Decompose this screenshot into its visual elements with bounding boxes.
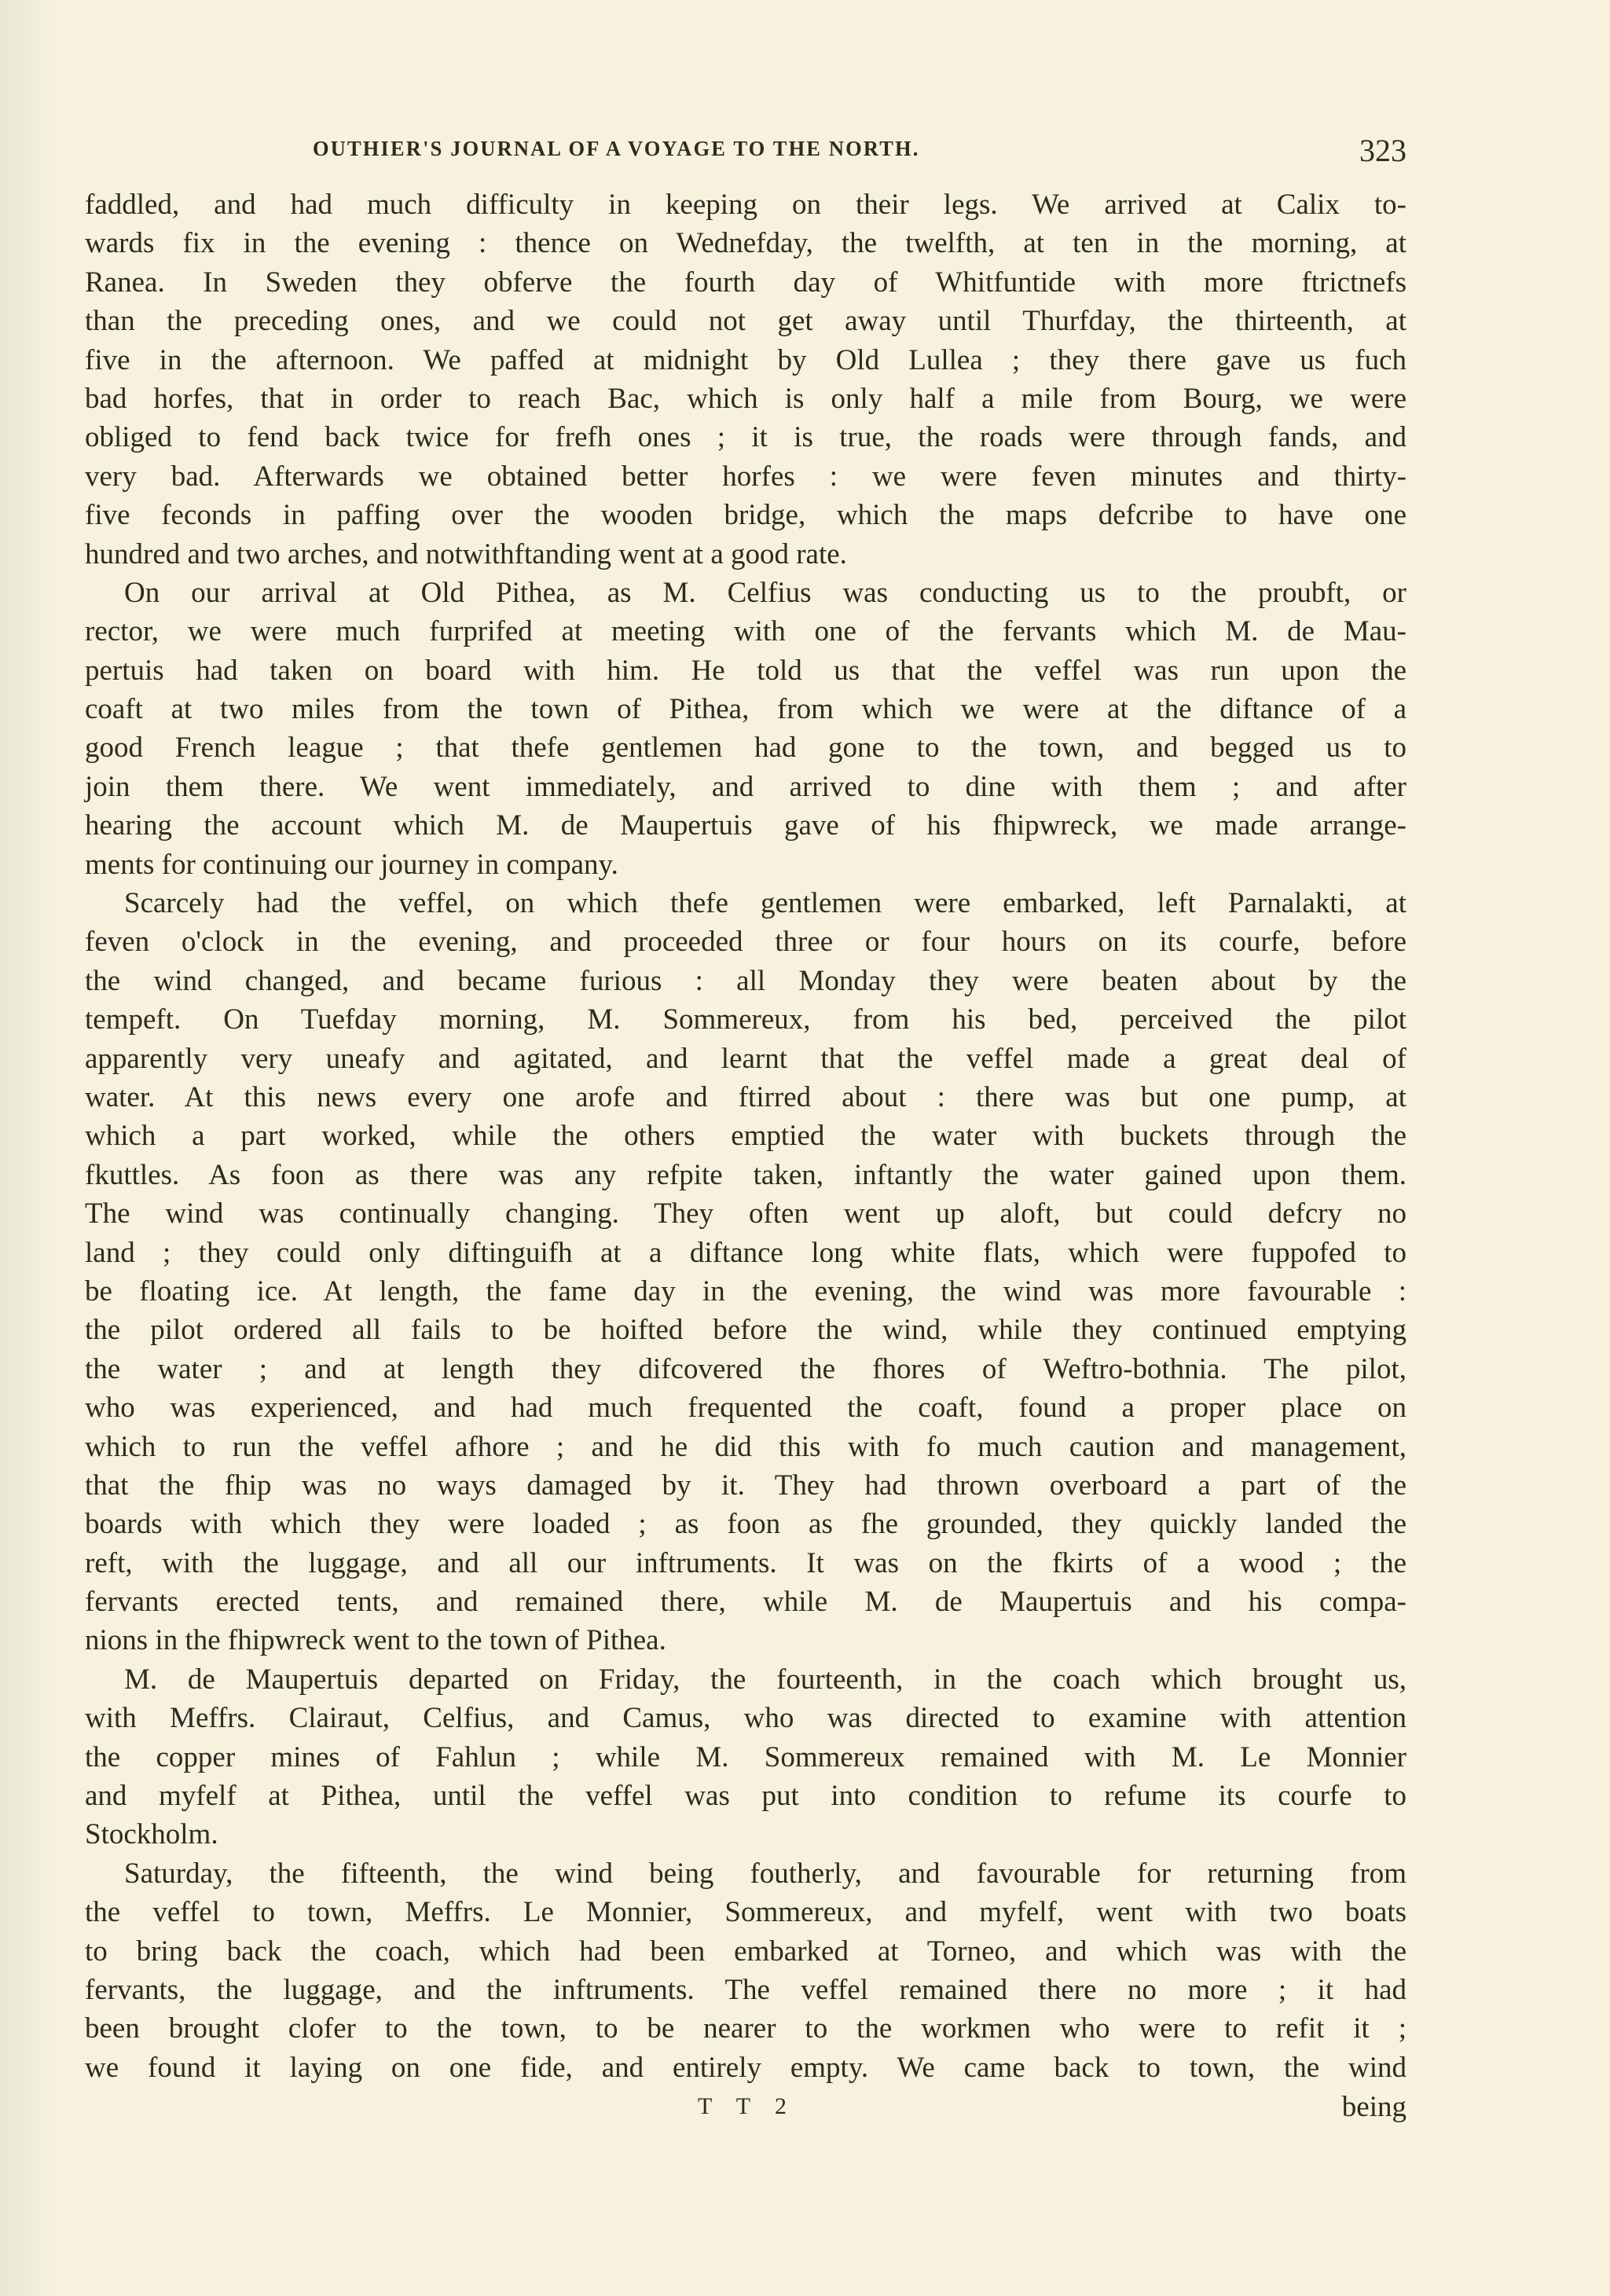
text-line: bad horfes, that in order to reach Bac, … [85, 380, 1406, 418]
text-line: and myfelf at Pithea, until the veffel w… [85, 1777, 1406, 1815]
text-line: than the preceding ones, and we could no… [85, 302, 1406, 340]
text-line: water. At this news every one arofe and … [85, 1078, 1406, 1117]
signature-mark: T T 2 [698, 2093, 796, 2120]
text-line: the copper mines of Fahlun ; while M. So… [85, 1738, 1406, 1777]
text-line: which a part worked, while the others em… [85, 1117, 1406, 1155]
text-line: coaft at two miles from the town of Pith… [85, 690, 1406, 728]
text-line: be floating ice. At length, the fame day… [85, 1272, 1406, 1311]
text-line: join them there. We went immediately, an… [85, 768, 1406, 806]
text-line: hundred and two arches, and notwithftand… [85, 535, 1406, 574]
text-line: The wind was continually changing. They … [85, 1194, 1406, 1233]
text-line: obliged to fend back twice for frefh one… [85, 418, 1406, 457]
text-line: tempeft. On Tuefday morning, M. Sommereu… [85, 1000, 1406, 1039]
text-line: Ranea. In Sweden they obferve the fourth… [85, 263, 1406, 302]
text-line: that the fhip was no ways damaged by it.… [85, 1466, 1406, 1505]
text-line: fervants, the luggage, and the inftrumen… [85, 1971, 1406, 2009]
page-number: 323 [1359, 132, 1406, 169]
catchword: being [1342, 2090, 1406, 2124]
text-line: feven o'clock in the evening, and procee… [85, 922, 1406, 961]
running-title: Outhier's Journal of a Voyage to the Nor… [313, 137, 920, 161]
text-line: the wind changed, and became furious : a… [85, 962, 1406, 1000]
text-line: we found it laying on one fide, and enti… [85, 2048, 1406, 2087]
text-line: apparently very uneafy and agitated, and… [85, 1040, 1406, 1078]
text-line: very bad. Afterwards we obtained better … [85, 457, 1406, 496]
text-line: five in the afternoon. We paffed at midn… [85, 341, 1406, 380]
text-line: the pilot ordered all fails to be hoifte… [85, 1311, 1406, 1349]
text-line: five feconds in paffing over the wooden … [85, 496, 1406, 534]
text-line: land ; they could only diftinguifh at a … [85, 1234, 1406, 1272]
text-line: On our arrival at Old Pithea, as M. Celf… [85, 574, 1406, 612]
text-line: fkuttles. As foon as there was any refpi… [85, 1156, 1406, 1194]
text-line: rector, we were much furprifed at meetin… [85, 612, 1406, 651]
text-line: to bring back the coach, which had been … [85, 1932, 1406, 1971]
text-line: M. de Maupertuis departed on Friday, the… [85, 1660, 1406, 1699]
text-line: Scarcely had the veffel, on which thefe … [85, 884, 1406, 922]
text-line: Stockholm. [85, 1815, 1406, 1854]
text-line: nions in the fhipwreck went to the town … [85, 1621, 1406, 1660]
text-line: good French league ; that thefe gentleme… [85, 728, 1406, 767]
text-line: fervants erected tents, and remained the… [85, 1583, 1406, 1621]
text-line: the water ; and at length they difcovere… [85, 1350, 1406, 1388]
text-line: the veffel to town, Meffrs. Le Monnier, … [85, 1893, 1406, 1931]
text-line: Saturday, the fifteenth, the wind being … [85, 1854, 1406, 1893]
text-line: faddled, and had much difficulty in keep… [85, 185, 1406, 224]
running-head: Outhier's Journal of a Voyage to the Nor… [85, 132, 1406, 171]
text-line: been brought clofer to the town, to be n… [85, 2009, 1406, 2048]
text-line: with Meffrs. Clairaut, Celfius, and Camu… [85, 1699, 1406, 1737]
text-line: pertuis had taken on board with him. He … [85, 651, 1406, 690]
text-line: which to run the veffel afhore ; and he … [85, 1428, 1406, 1466]
page-footer: T T 2 being [85, 2090, 1406, 2129]
text-line: hearing the account which M. de Maupertu… [85, 806, 1406, 845]
text-line: reft, with the luggage, and all our inft… [85, 1544, 1406, 1583]
text-line: ments for continuing our journey in comp… [85, 845, 1406, 884]
body-text: faddled, and had much difficulty in keep… [85, 185, 1406, 2087]
text-line: boards with which they were loaded ; as … [85, 1505, 1406, 1543]
page-edge-shading [0, 0, 55, 2296]
text-line: who was experienced, and had much freque… [85, 1388, 1406, 1427]
text-line: wards fix in the evening : thence on Wed… [85, 224, 1406, 262]
